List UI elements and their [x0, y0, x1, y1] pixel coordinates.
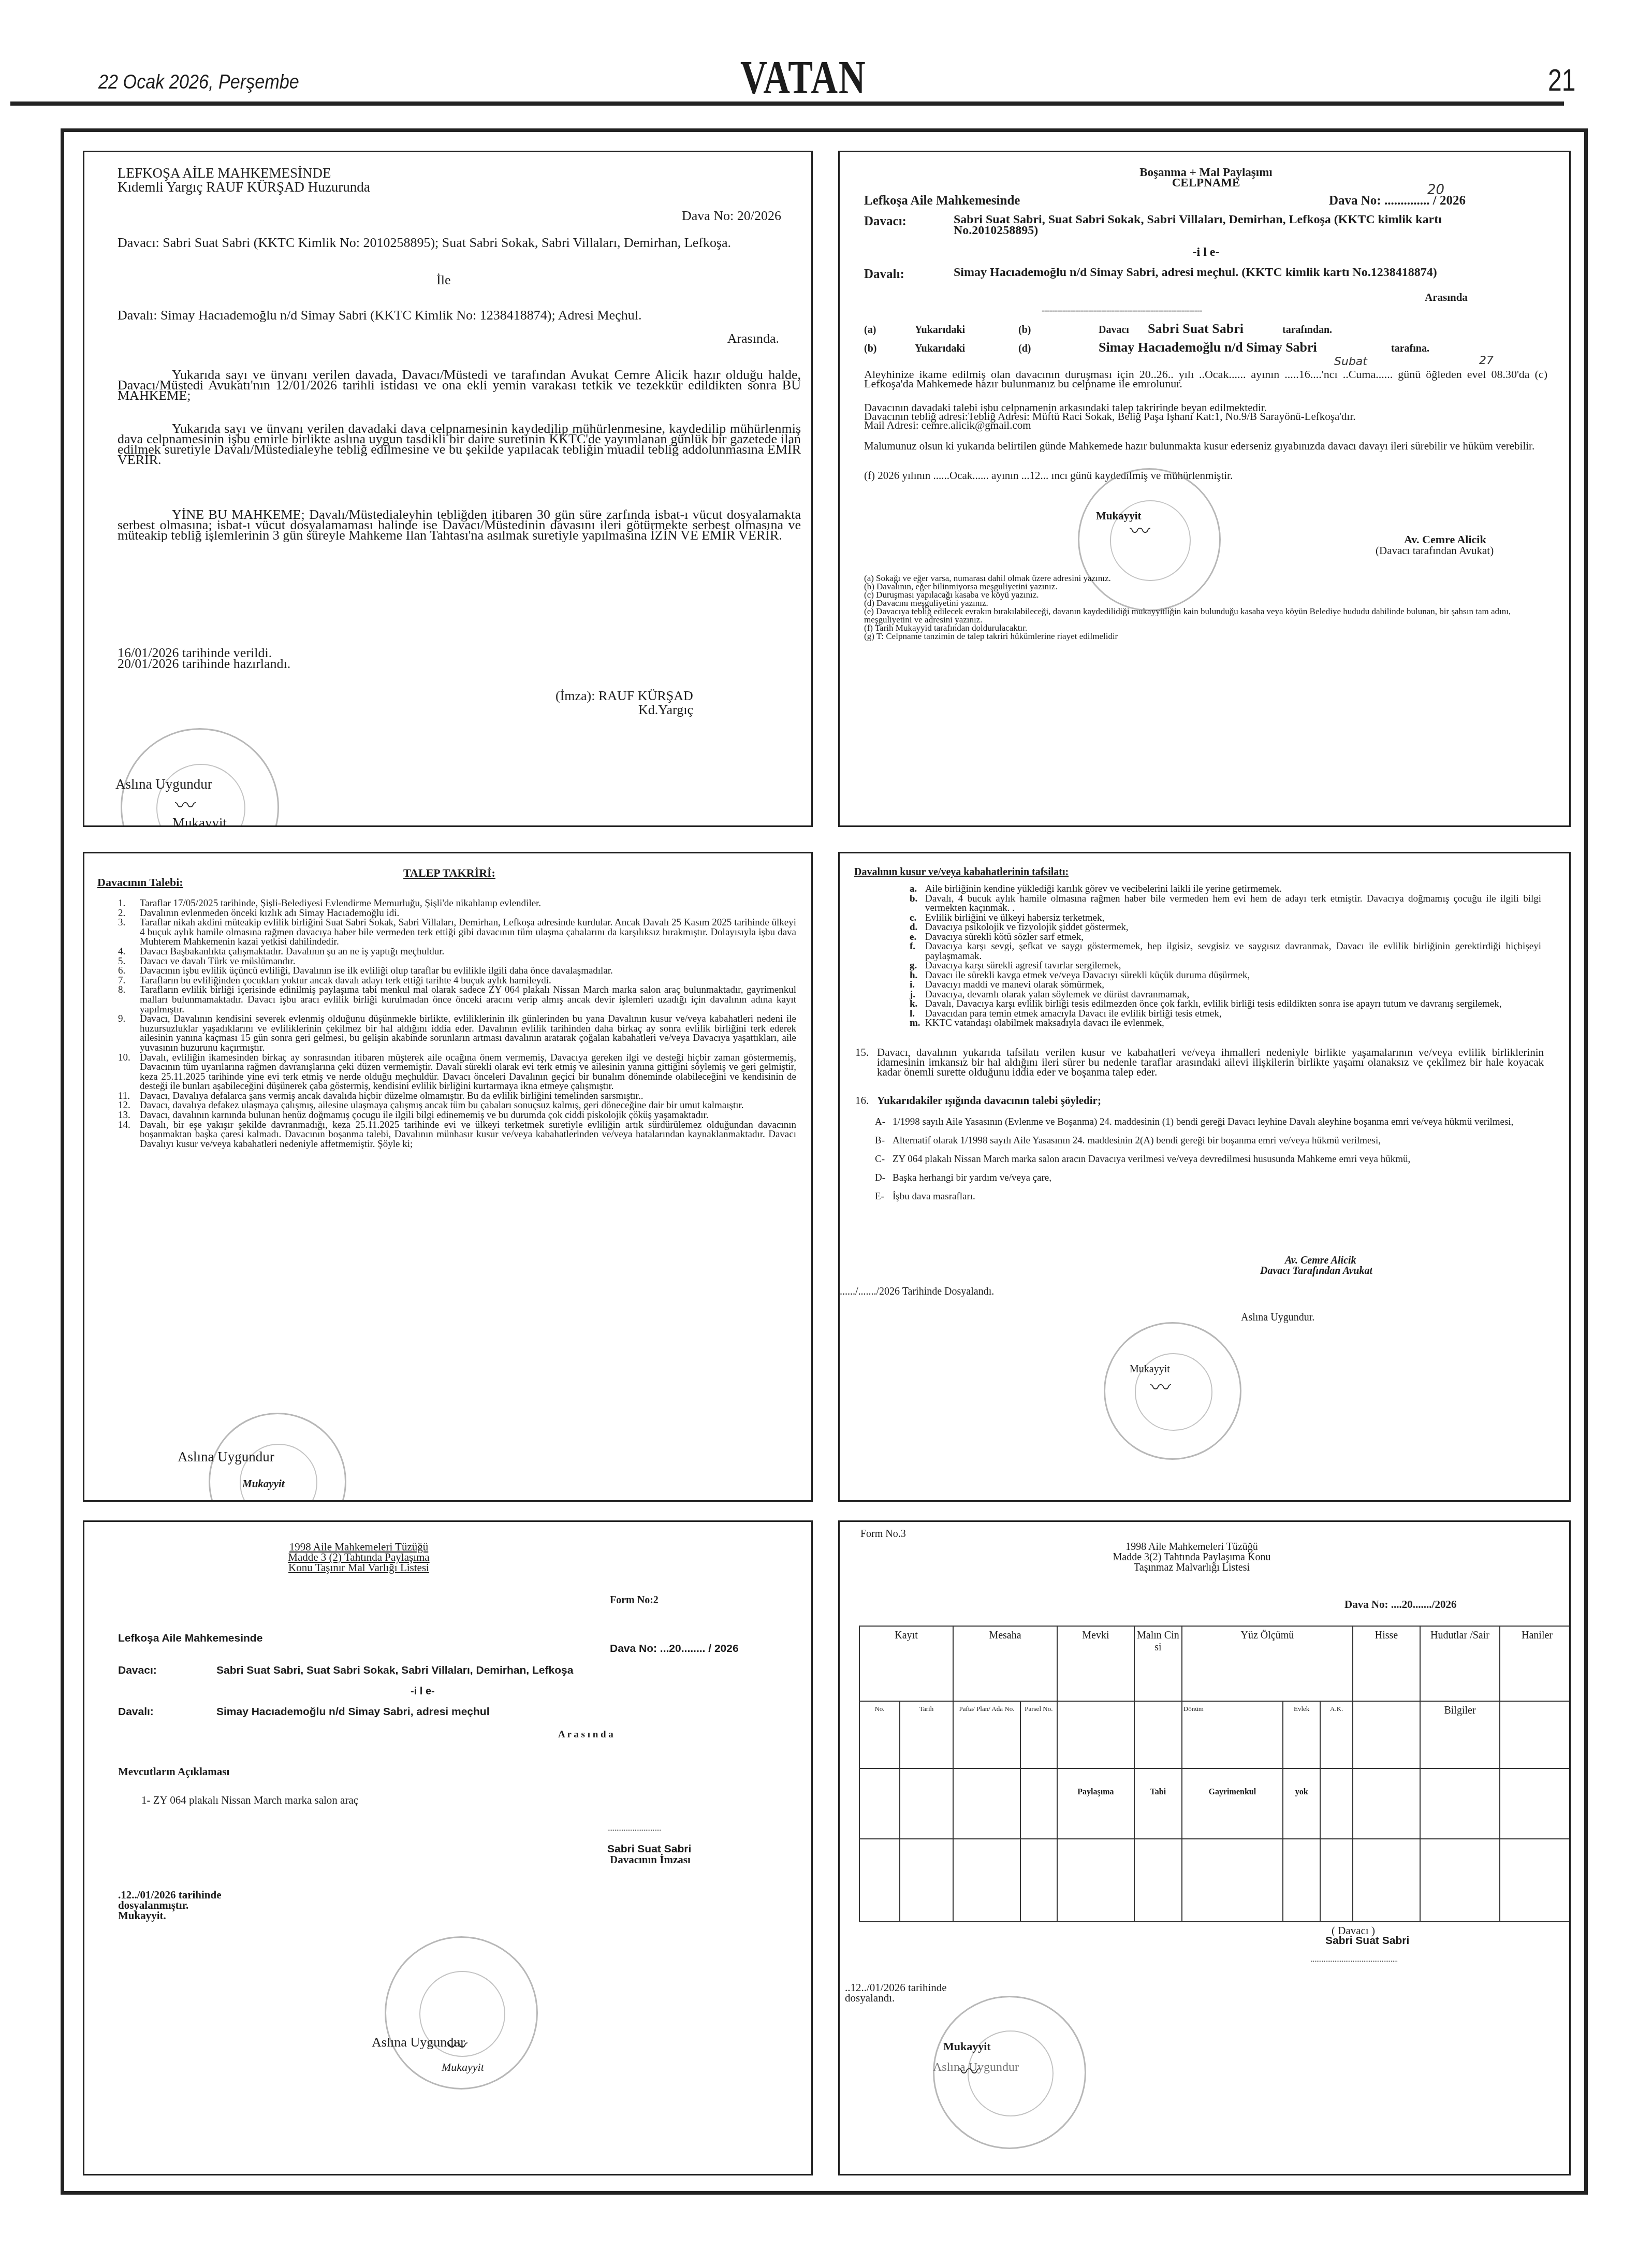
row-b-letter: (b)	[864, 343, 876, 355]
faults-list: a.Aile birliğinin kendine yüklediği karı…	[910, 884, 1541, 1028]
form-number: Form No:2	[610, 1594, 659, 1606]
footnote: (g) T: Celpname tanzimin de talep takrir…	[864, 632, 1537, 641]
order-paragraph-3: YİNE BU MAHKEME; Davalı/Müstedialeyhin t…	[118, 510, 801, 541]
filed-line: ....../......./2026 Tarihinde Dosyalandı…	[840, 1286, 994, 1298]
row-a-role: Davacı	[1099, 324, 1129, 336]
table-cell	[900, 1768, 953, 1839]
handwritten-month: Subat	[1334, 355, 1367, 368]
signature-scribble-icon: 〰	[447, 2029, 467, 2059]
request-item: A-1/1998 sayılı Aile Yasasının (Evlenme …	[875, 1118, 1545, 1127]
court-name: LEFKOŞA AİLE MAHKEMESİNDE	[118, 167, 331, 179]
fault-item: i.Davacıyı maddi ve manevi olarak sömürm…	[910, 980, 1541, 990]
certified-label: Aslına Uygundur.	[1241, 1312, 1314, 1324]
summons-defendant-label: Davalı:	[864, 267, 904, 282]
col-header: Haniler	[1500, 1626, 1571, 1701]
handwritten-case-number: 20	[1427, 182, 1444, 198]
immovable-assets-panel: Form No.3 1998 Aile Mahkemeleri Tüzüğü M…	[838, 1520, 1571, 2175]
table-cell: Tabi	[1134, 1768, 1182, 1839]
row-b-ref: (d)	[1018, 343, 1031, 355]
certified-label: Aslına Uygundur	[178, 1449, 274, 1465]
request-item: C-ZY 064 plakalı Nissan March marka salo…	[875, 1155, 1545, 1164]
table-cell	[953, 1768, 1020, 1839]
sub-header	[1057, 1701, 1134, 1768]
list-title: Taşınmaz Malvarlığı Listesi	[1036, 1562, 1347, 1574]
row-a-above: Yukarıdaki	[915, 324, 965, 336]
claim-item: 1.Taraflar 17/05/2025 tarihinde, Şişli-B…	[118, 899, 796, 909]
case-number: Dava No: 20/2026	[682, 208, 781, 224]
sub-header: Parsel No.	[1020, 1701, 1057, 1768]
row-a-name: Sabri Suat Sabri	[1148, 321, 1244, 337]
page-number: 21	[1548, 62, 1575, 98]
movable-ile: -i l e-	[411, 1686, 435, 1698]
item-number: 1.	[118, 899, 140, 909]
fault-item: k.Davalı, Davacıya karşı evlilik birliği…	[910, 999, 1541, 1009]
row-a-ref: (b)	[1018, 324, 1031, 336]
movable-assets-panel: 1998 Aile Mahkemeleri Tüzüğü Madde 3 (2)…	[83, 1520, 813, 2175]
table-cell: yok	[1283, 1768, 1321, 1839]
item-number: b.	[910, 894, 925, 913]
item-number: i.	[910, 980, 925, 990]
item-text: KKTC vatandaşı olabilmek maksadıyla dava…	[925, 1019, 1541, 1028]
item-number: 4.	[118, 947, 140, 957]
between-label: Arasında.	[727, 331, 779, 346]
item-number: D-	[875, 1173, 893, 1183]
item-text: ZY 064 plakalı Nissan March marka salon …	[893, 1155, 1545, 1164]
summons-between: Arasında	[1425, 291, 1468, 304]
party-name: Sabri Suat Sabri	[1325, 1935, 1409, 1947]
claim-item: 13.Davacı, davalının karnında bulunan he…	[118, 1111, 796, 1121]
table-cell	[1420, 1768, 1500, 1839]
item-text: Tarafların evlilik birliği içerisinde ed…	[140, 985, 796, 1014]
summons-separator: ----------------------------------------…	[1042, 305, 1202, 316]
movable-court: Lefkoşa Aile Mahkemesinde	[118, 1632, 262, 1645]
request-item: E-İşbu dava masrafları.	[875, 1192, 1545, 1201]
registrar-label: Mukayyit	[242, 1477, 285, 1490]
item-number: A-	[875, 1118, 893, 1127]
faults-panel: Davalının kusur ve/veya kabahatlerinin t…	[838, 852, 1571, 1502]
sub-header: Dönüm	[1182, 1701, 1283, 1768]
summons-plaintiff-label: Davacı:	[864, 214, 907, 229]
item-number: k.	[910, 999, 925, 1009]
item-text: Davalı, evliliğin ikamesinden birkaç ay …	[140, 1053, 796, 1092]
item-text: Taraflar 17/05/2025 tarihinde, Şişli-Bel…	[140, 899, 796, 909]
item-16: 16. Yukarıdakiler ışığında davacının tal…	[855, 1096, 1544, 1106]
certified-label: Aslına Uygundur	[115, 776, 212, 792]
prepared-date: 20/01/2026 tarihinde hazırlandı.	[118, 656, 290, 672]
signature-line: ..............................	[607, 1825, 662, 1833]
sub-header	[1500, 1701, 1571, 1768]
immovable-case-number: Dava No: ....20......./2026	[1344, 1598, 1456, 1611]
list-title: Konu Taşınır Mal Varlığı Listesi	[229, 1561, 488, 1574]
signature-scribble-icon: 〰	[959, 2055, 979, 2085]
ile-label: İle	[436, 272, 450, 288]
filed-status: dosyalandı.	[845, 1992, 895, 2005]
footnote: (e) Davacıya tebliğ edilecek evrakın bır…	[864, 607, 1537, 624]
col-header: Mesaha	[953, 1626, 1057, 1701]
fault-item: f.Davacıya karşı sevgi, şefkat ve saygı …	[910, 942, 1541, 961]
item-text: Taraflar nikah akdini müteakip evlilik b…	[140, 918, 796, 947]
col-header: Kayıt	[859, 1626, 953, 1701]
defendant-info: Davalı: Simay Hacıademoğlu n/d Simay Sab…	[118, 310, 770, 321]
col-header: Malın Cinsi	[1134, 1626, 1182, 1701]
claim-item: 8.Tarafların evlilik birliği içerisinde …	[118, 985, 796, 1014]
col-header: Hudutlar /Sair	[1420, 1626, 1500, 1701]
summons-ile: -i l e-	[840, 245, 1571, 259]
faults-title: Davalının kusur ve/veya kabahatlerinin t…	[854, 866, 1069, 878]
fault-item: a.Aile birliğinin kendine yüklediği karı…	[910, 884, 1541, 894]
assets-heading: Mevcutların Açıklaması	[118, 1765, 229, 1778]
signature-scribble-icon: 〰	[1150, 1371, 1171, 1401]
signature-scribble-icon: 〰	[1130, 515, 1150, 544]
summons-court: Lefkoşa Aile Mahkemesinde	[864, 194, 1020, 208]
sub-header: No.	[859, 1701, 900, 1768]
sub-header: A.K.	[1320, 1701, 1353, 1768]
item-number: a.	[910, 884, 925, 894]
col-header: Hisse	[1353, 1626, 1420, 1701]
claim-item: 3.Taraflar nikah akdini müteakip evlilik…	[118, 918, 796, 947]
item-text: Davacı Başbakanlıkta çalışmaktadır. Dava…	[140, 947, 796, 957]
item-text: Davacının işbu evlilik üçüncü evliliği, …	[140, 966, 796, 976]
summons-defendant: Simay Hacıademoğlu n/d Simay Sabri, adre…	[954, 267, 1497, 278]
fault-item: g.Davacıya karşı sürekli agresif tavırla…	[910, 961, 1541, 971]
judge-line: Kıdemli Yargıç RAUF KÜRŞAD Huzurunda	[118, 179, 370, 195]
plaintiff-info: Davacı: Sabri Suat Sabri (KKTC Kimlik No…	[118, 238, 785, 248]
order-paragraph-1: Yukarıda sayı ve ünvanı verilen davada, …	[118, 370, 801, 401]
item-text: Başka herhangi bir yardım ve/veya çare,	[893, 1173, 1545, 1183]
table-cell	[1353, 1768, 1420, 1839]
item-text: Aile birliğinin kendine yüklediği karılı…	[925, 884, 1541, 894]
movable-plaintiff-label: Davacı:	[118, 1664, 157, 1677]
claim-item: 14.Davalı, bir eşe yakışır şekilde davra…	[118, 1121, 796, 1150]
item-number: 14.	[118, 1121, 140, 1150]
claim-item: 9.Davacı, Davalının kendisini severek ev…	[118, 1014, 796, 1053]
col-header: Yüz Ölçümü	[1182, 1626, 1353, 1701]
item-number: B-	[875, 1136, 893, 1145]
signature-scribble-icon: 〰	[175, 789, 196, 819]
movable-case-number: Dava No: ...20........ / 2026	[610, 1643, 739, 1655]
item-number: E-	[875, 1192, 893, 1201]
movable-between: A r a s ı n d a	[558, 1729, 613, 1740]
item-text: Alternatif olarak 1/1998 sayılı Aile Yas…	[893, 1136, 1545, 1145]
fault-item: d.Davacıya psikolojik ve fizyolojik şidd…	[910, 923, 1541, 933]
table-cell	[1320, 1768, 1353, 1839]
requests-list: A-1/1998 sayılı Aile Yasasının (Evlenme …	[875, 1118, 1545, 1211]
sub-header	[1134, 1701, 1182, 1768]
signer-role: Davacının İmzası	[610, 1853, 691, 1866]
item-number: 6.	[118, 966, 140, 976]
sub-header: Tarih	[900, 1701, 953, 1768]
table-cell: Gayrimenkul	[1182, 1768, 1283, 1839]
item-text: 1/1998 sayılı Aile Yasasının (Evlenme ve…	[893, 1118, 1545, 1127]
request-item: D-Başka herhangi bir yardım ve/veya çare…	[875, 1173, 1545, 1183]
row-a-letter: (a)	[864, 324, 876, 336]
movable-defendant-label: Davalı:	[118, 1706, 154, 1718]
item-number: 13.	[118, 1111, 140, 1121]
item-text: İşbu dava masrafları.	[893, 1192, 1545, 1201]
claim-items-list: 1.Taraflar 17/05/2025 tarihinde, Şişli-B…	[118, 899, 796, 1149]
summons-heading: CELPNAME	[840, 176, 1571, 190]
claim-item: 10.Davalı, evliliğin ikamesinden birkaç …	[118, 1053, 796, 1092]
row-a-tail: tarafından.	[1282, 324, 1332, 336]
item-text: Davacıyı maddi ve manevi olarak sömürmek…	[925, 980, 1541, 990]
table-cell: Paylaşıma	[1057, 1768, 1134, 1839]
summons-case-number: Dava No: .............. / 2026	[1329, 194, 1466, 208]
item-text: Davacı, davalının karnında bulunan henüz…	[140, 1111, 796, 1121]
item-text: Davacı, Davalının kendisini severek evle…	[140, 1014, 796, 1053]
fault-item: b.Davalı, 4 bucuk aylık hamile olmasına …	[910, 894, 1541, 913]
sub-header: Pafta/ Plan/ Ada No.	[953, 1701, 1020, 1768]
judge-title: Kd.Yargıç	[638, 702, 693, 718]
sub-header: Bilgiler	[1420, 1701, 1500, 1768]
claim-title: TALEP TAKRİRİ:	[84, 866, 813, 880]
hearing-text: Aleyhinize ikame edilmiş olan davacının …	[864, 370, 1547, 388]
summons-panel: Boşanma + Mal Paylaşımı CELPNAME Lefkoşa…	[838, 151, 1571, 827]
order-paragraph-2: Yukarıda sayı ve ünvanı verilen davadaki…	[118, 424, 801, 465]
claim-statement-panel: TALEP TAKRİRİ: Davacının Talebi: 1.Taraf…	[83, 852, 813, 1502]
movable-plaintiff: Sabri Suat Sabri, Suat Sabri Sokak, Sabr…	[216, 1664, 573, 1677]
table-cell	[859, 1768, 900, 1839]
item-text: Davalı, 4 bucuk aylık hamile olmasına ra…	[925, 894, 1541, 913]
request-item: B-Alternatif olarak 1/1998 sayılı Aile Y…	[875, 1136, 1545, 1145]
item-text: Davacıya karşı sevgi, şefkat ve saygı gö…	[925, 942, 1541, 961]
claim-item: 4.Davacı Başbakanlıkta çalışmaktadır. Da…	[118, 947, 796, 957]
footnotes: (a) Sokağı ve eğer varsa, numarası dahil…	[864, 574, 1537, 641]
item-number: d.	[910, 923, 925, 933]
item-number: g.	[910, 961, 925, 971]
item-number: 9.	[118, 1014, 140, 1053]
mail-address: Mail Adresi: cemre.alicik@gmail.com	[864, 421, 1547, 430]
claim-item: 6.Davacının işbu evlilik üçüncü evliliği…	[118, 966, 796, 976]
row-b-above: Yukarıdaki	[915, 343, 965, 355]
signature-line: ........................................…	[1311, 1956, 1398, 1964]
judge-signature: (İmza): RAUF KÜRŞAD	[555, 688, 693, 704]
fault-item: m.KKTC vatandaşı olabilmek maksadıyla da…	[910, 1019, 1541, 1028]
default-notice: Malumunuz olsun ki yukarıda belirtilen g…	[864, 441, 1547, 451]
claim-subtitle: Davacının Talebi:	[97, 876, 183, 889]
movable-defendant: Simay Hacıademoğlu n/d Simay Sabri, adre…	[216, 1706, 490, 1718]
item-number: 8.	[118, 985, 140, 1014]
table-cell	[1500, 1768, 1571, 1839]
issue-date: 22 Ocak 2026, Perşembe	[98, 71, 299, 94]
newspaper-masthead: VATAN	[740, 50, 866, 105]
item-text: Davacıya karşı sürekli agresif tavırlar …	[925, 961, 1541, 971]
immovable-assets-table: Kayıt Mesaha Mevki Malın Cinsi Yüz Ölçüm…	[859, 1626, 1571, 1922]
summons-plaintiff: Sabri Suat Sabri, Suat Sabri Sokak, Sabr…	[954, 214, 1497, 236]
item-number: m.	[910, 1019, 925, 1028]
lawyer-role: Davacı Tarafından Avukat	[1260, 1265, 1372, 1277]
item-number: 3.	[118, 918, 140, 947]
header-rule	[10, 101, 1564, 106]
table-cell	[1020, 1768, 1057, 1839]
item-text: Davacıya psikolojik ve fizyolojik şiddet…	[925, 923, 1541, 933]
sub-header: Evlek	[1283, 1701, 1321, 1768]
item-number: C-	[875, 1155, 893, 1164]
sub-header	[1353, 1701, 1420, 1768]
col-header: Mevki	[1057, 1626, 1134, 1701]
row-b-name: Simay Hacıademoğlu n/d Simay Sabri	[1099, 340, 1317, 355]
court-seal-icon	[1104, 1322, 1241, 1460]
item-number: f.	[910, 942, 925, 961]
filed-registrar: Mukayyit.	[118, 1909, 166, 1922]
form-number: Form No.3	[860, 1528, 906, 1540]
lawyer-role: (Davacı tarafından Avukat)	[1376, 544, 1494, 557]
court-order-panel: LEFKOŞA AİLE MAHKEMESİNDE Kıdemli Yargıç…	[83, 151, 813, 827]
item-text: Davalı, bir eşe yakışır şekilde davranma…	[140, 1121, 796, 1150]
item-text: Davalı, Davacıya karşı evlilik birliği t…	[925, 999, 1541, 1009]
registrar-label: Mukayyit	[943, 2040, 991, 2053]
item-number: 10.	[118, 1053, 140, 1092]
item-15: 15. Davacı, davalının yukarıda tafsilatı…	[855, 1048, 1544, 1077]
asset-item: 1- ZY 064 plakalı Nissan March marka sal…	[141, 1794, 358, 1807]
row-b-tail: tarafına.	[1391, 343, 1429, 355]
handwritten-day: 27	[1479, 354, 1494, 367]
registrar-label: Mukayyit	[442, 2061, 484, 2074]
